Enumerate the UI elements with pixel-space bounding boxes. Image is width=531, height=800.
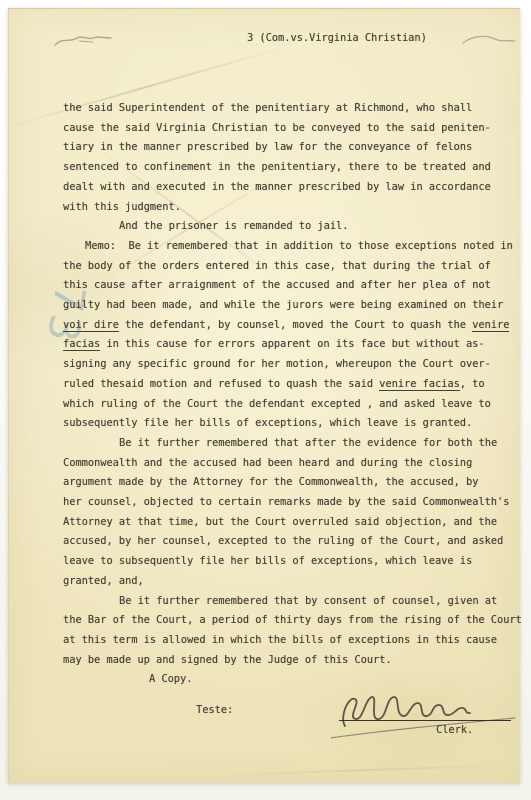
signature-ink-icon (331, 688, 517, 748)
signature-line (339, 720, 511, 721)
text-line: accused, by her counsel, excepted to the… (63, 532, 515, 552)
text-line: guilty had been made, and while the juro… (63, 296, 515, 316)
text-line: sentenced to confinement in the penitent… (63, 158, 515, 178)
signature-block: Teste: Clerk. (9, 696, 520, 756)
text-line: with this judgment. (63, 198, 515, 218)
text-line: at this term is allowed in which the bil… (63, 631, 515, 651)
text-line: Be it further remembered that after the … (63, 434, 515, 454)
text-line: her counsel, objected to certain remarks… (63, 493, 515, 513)
page-header: 3 (Com.vs.Virginia Christian) (247, 32, 427, 44)
text-line: Memo: Be it remembered that in addition … (63, 237, 515, 257)
text-line: leave to subsequently file her bills of … (63, 552, 515, 572)
text-line: may be made up and signed by the Judge o… (63, 651, 515, 671)
document-body: the said Superintendent of the penitenti… (63, 99, 515, 690)
text-line: argument made by the Attorney for the Co… (63, 473, 515, 493)
teste-label: Teste: (196, 704, 233, 716)
text-line: the said Superintendent of the penitenti… (63, 99, 515, 119)
text-line: Commonwealth and the accused had been he… (63, 454, 515, 474)
paper-crease (219, 764, 519, 776)
text-line: Be it further remembered that by consent… (63, 592, 515, 612)
text-line: dealt with and executed in the manner pr… (63, 178, 515, 198)
text-line: ruled thesaid motion and refused to quas… (63, 375, 515, 395)
text-line: And the prisoner is remanded to jail. (63, 217, 515, 237)
text-line: signing any specific ground for her moti… (63, 355, 515, 375)
text-line: which ruling of the Court the defendant … (63, 395, 515, 415)
photo-background: 73 3 (Com.vs.Virginia Christian) the sai… (0, 0, 531, 800)
text-line: voir dire the defendant, by counsel, mov… (63, 316, 515, 336)
text-line: subsequently file her bills of exception… (63, 414, 515, 434)
document-page: 73 3 (Com.vs.Virginia Christian) the sai… (8, 8, 520, 783)
text-line: this cause after arraignment of the accu… (63, 276, 515, 296)
text-line: facias in this cause for errors apparent… (63, 335, 515, 355)
text-line: the body of the orders entered in this c… (63, 257, 515, 277)
clerk-signature: Clerk. (331, 688, 517, 748)
text-line: granted, and, (63, 572, 515, 592)
text-line: cause the said Virginia Christian to be … (63, 119, 515, 139)
text-line: the Bar of the Court, a period of thirty… (63, 611, 515, 631)
pencil-mark-icon (461, 31, 521, 49)
text-line: Attorney at that time, but the Court ove… (63, 513, 515, 533)
clerk-label: Clerk. (436, 724, 473, 736)
pencil-mark-icon (53, 29, 129, 51)
text-line: tiary in the manner prescribed by law fo… (63, 138, 515, 158)
